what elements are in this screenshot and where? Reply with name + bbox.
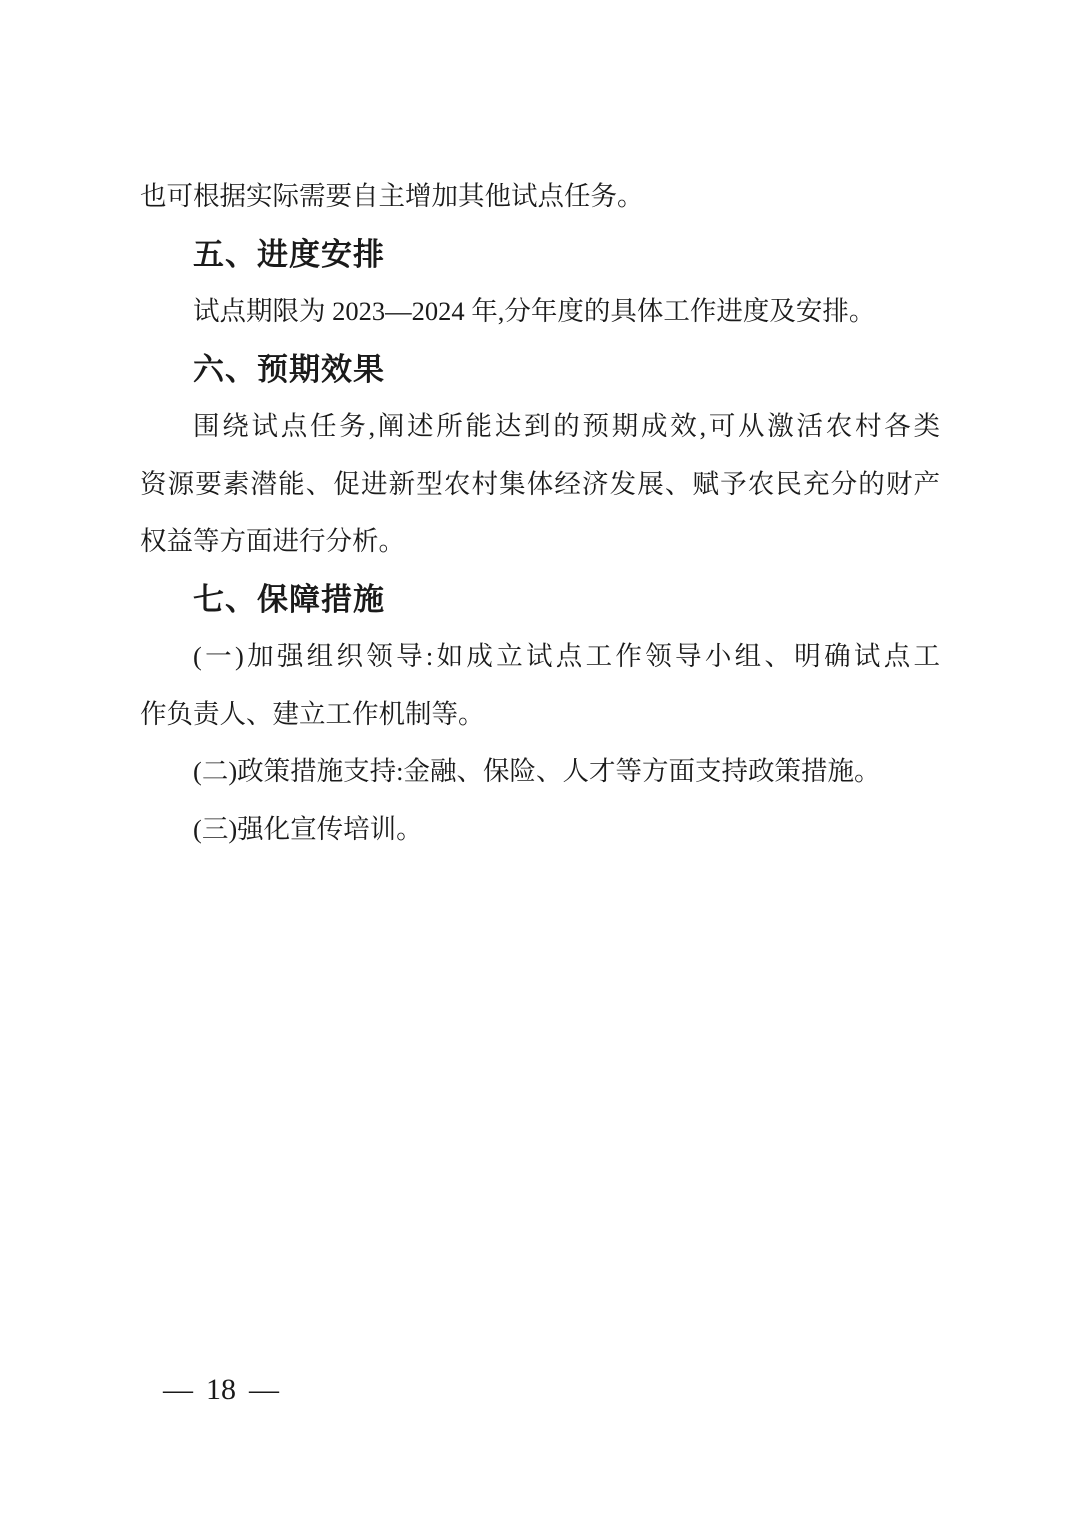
paragraph-line: 资源要素潜能、促进新型农村集体经济发展、赋予农民充分的财产: [140, 456, 940, 514]
paragraph-line: (二)政策措施支持:金融、保险、人才等方面支持政策措施。: [140, 743, 940, 801]
section-heading-5: 五、进度安排: [140, 226, 940, 284]
footer-left-dash: —: [163, 1370, 193, 1410]
section-heading-6: 六、预期效果: [140, 341, 940, 399]
paragraph-line: 作负责人、建立工作机制等。: [140, 686, 940, 744]
footer-right-dash: —: [249, 1370, 279, 1410]
paragraph-line: 权益等方面进行分析。: [140, 513, 940, 571]
document-page: 也可根据实际需要自主增加其他试点任务。 五、进度安排 试点期限为 2023—20…: [0, 0, 1080, 1528]
document-body: 也可根据实际需要自主增加其他试点任务。 五、进度安排 试点期限为 2023—20…: [140, 168, 940, 858]
paragraph-line: 试点期限为 2023—2024 年,分年度的具体工作进度及安排。: [140, 283, 940, 341]
paragraph-continuation-line: 也可根据实际需要自主增加其他试点任务。: [140, 168, 940, 226]
page-footer: — 18 —: [163, 1370, 279, 1410]
paragraph-line: (三)强化宣传培训。: [140, 801, 940, 859]
section-heading-7: 七、保障措施: [140, 571, 940, 629]
paragraph-line: 围绕试点任务,阐述所能达到的预期成效,可从激活农村各类: [140, 398, 940, 456]
paragraph-line: (一)加强组织领导:如成立试点工作领导小组、明确试点工: [140, 628, 940, 686]
page-number: 18: [206, 1370, 236, 1410]
